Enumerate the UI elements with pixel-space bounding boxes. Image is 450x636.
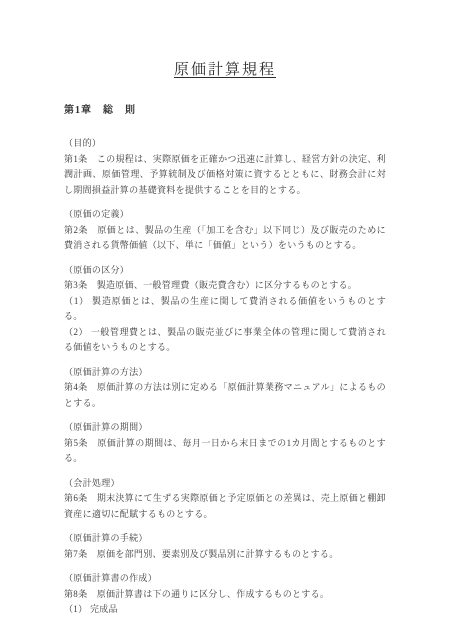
article-5-calculation-period: （原価計算の期間） 第5条 原価計算の期間は、毎月一日から末日までの1カ月間とす… <box>64 420 386 467</box>
article-caption: （原価計算の期間） <box>64 420 386 436</box>
article-caption: （目的） <box>64 136 386 152</box>
article-caption: （原価計算の手続） <box>64 531 386 547</box>
chapter-heading: 第1章 総 則 <box>64 101 386 116</box>
article-text: 第4条 原価計算の方法は別に定める「原価計算業務マニュアル」によるものとする。 <box>64 380 386 411</box>
article-7-calculation-procedure: （原価計算の手続） 第7条 原価を部門別、要素別及び製品別に計算するものとする。 <box>64 531 386 562</box>
article-item: （1） 完成品 <box>64 602 386 618</box>
article-3-cost-classification: （原価の区分） 第3条 製造原価、一般管理費（販売費含む）に区分するものとする。… <box>64 263 386 356</box>
article-text: 第2条 原価とは、製品の生産（「加工を含む」以下同じ）及び販売のために費消される… <box>64 223 386 254</box>
article-1-purpose: （目的） 第1条 この規程は、実際原価を正確かつ迅速に計算し、経営方針の決定、利… <box>64 136 386 198</box>
document-title: 原価計算規程 <box>64 58 386 79</box>
article-text: 第7条 原価を部門別、要素別及び製品別に計算するものとする。 <box>64 547 386 563</box>
article-2-cost-definition: （原価の定義） 第2条 原価とは、製品の生産（「加工を含む」以下同じ）及び販売の… <box>64 207 386 254</box>
article-caption: （原価の定義） <box>64 207 386 223</box>
article-6-accounting-treatment: （会計処理） 第6条 期末決算にて生ずる実際原価と予定原価との差異は、売上原価と… <box>64 476 386 523</box>
article-text: 第3条 製造原価、一般管理費（販売費含む）に区分するものとする。 <box>64 278 386 294</box>
article-item: （1） 製造原価とは、製品の生産に関して費消される価値をいうものとする。 <box>64 294 386 325</box>
article-caption: （原価計算書の作成） <box>64 571 386 587</box>
article-item: （2） 一般管理費とは、製品の販売並びに事業全体の管理に関して費消される価値をい… <box>64 325 386 356</box>
article-4-calculation-method: （原価計算の方法） 第4条 原価計算の方法は別に定める「原価計算業務マニュアル」… <box>64 365 386 412</box>
document-page: 原価計算規程 第1章 総 則 （目的） 第1条 この規程は、実際原価を正確かつ迅… <box>0 0 450 636</box>
article-text: 第8条 原価計算書は下の通りに区分し、作成するものとする。 <box>64 587 386 603</box>
article-text: 第5条 原価計算の期間は、毎月一日から末日までの1カ月間とするものとする。 <box>64 436 386 467</box>
article-text: 第6条 期末決算にて生ずる実際原価と予定原価との差異は、売上原価と棚卸資産に適切… <box>64 491 386 522</box>
article-8-cost-statement: （原価計算書の作成） 第8条 原価計算書は下の通りに区分し、作成するものとする。… <box>64 571 386 618</box>
article-text: 第1条 この規程は、実際原価を正確かつ迅速に計算し、経営方針の決定、利潤計画、原… <box>64 152 386 199</box>
article-caption: （原価の区分） <box>64 263 386 279</box>
article-caption: （原価計算の方法） <box>64 365 386 381</box>
article-caption: （会計処理） <box>64 476 386 492</box>
